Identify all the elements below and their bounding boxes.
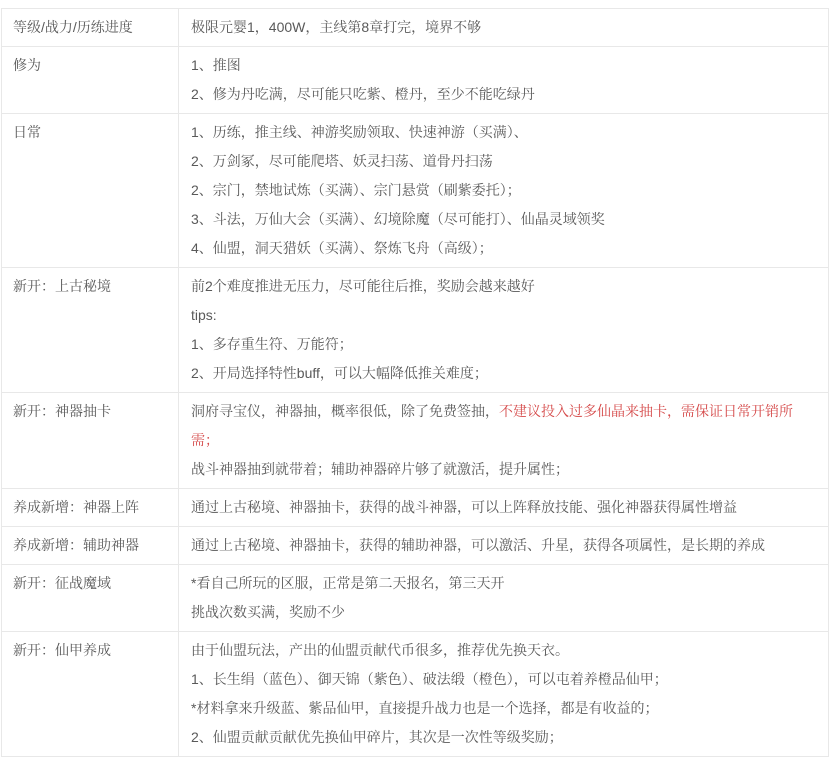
content-line: *看自己所玩的区服，正常是第二天报名，第三天开	[191, 569, 816, 598]
row-content-cell: 1、历练，推主线、神游奖励领取、快速神游（买满）、 2、万剑冢，尽可能爬塔、妖灵…	[179, 114, 828, 267]
table-row-ancient-secret-realm: 新开：上古秘境 前2个难度推进无压力，尽可能往后推，奖励会越来越好 tips: …	[2, 268, 828, 393]
line-text: 1、多存重生符、万能符；	[191, 336, 353, 352]
table-row-cultivation: 修为 1、推图 2、修为丹吃满，尽可能只吃紫、橙丹，至少不能吃绿丹	[2, 47, 828, 114]
table-row-daily: 日常 1、历练，推主线、神游奖励领取、快速神游（买满）、 2、万剑冢，尽可能爬塔…	[2, 114, 828, 268]
content-line: 2、修为丹吃满，尽可能只吃紫、橙丹，至少不能吃绿丹	[191, 80, 816, 109]
table-row-immortal-armor: 新开：仙甲养成 由于仙盟玩法，产出的仙盟贡献代币很多，推荐优先换天衣。 1、长生…	[2, 632, 828, 757]
table-row-artifact-deploy: 养成新增：神器上阵 通过上古秘境、神器抽卡，获得的战斗神器，可以上阵释放技能、强…	[2, 489, 828, 527]
table-row-level-progress: 等级/战力/历练进度 极限元婴1，400W，主线第8章打完，境界不够	[2, 9, 828, 47]
row-label-cell: 新开：征战魔域	[2, 565, 179, 631]
content-line: 2、开局选择特性buff，可以大幅降低推关难度；	[191, 359, 816, 388]
content-line: 2、仙盟贡献贡献优先换仙甲碎片，其次是一次性等级奖励；	[191, 723, 816, 752]
content-line: 1、多存重生符、万能符；	[191, 330, 816, 359]
content-line: 前2个难度推进无压力，尽可能往后推，奖励会越来越好	[191, 272, 816, 301]
line-text: 洞府寻宝仪，神器抽，概率很低，除了免费签抽，	[191, 403, 499, 419]
row-label: 等级/战力/历练进度	[13, 13, 166, 42]
row-content-cell: 由于仙盟玩法，产出的仙盟贡献代币很多，推荐优先换天衣。 1、长生绢（蓝色）、御天…	[179, 632, 828, 756]
row-content-cell: 通过上古秘境、神器抽卡，获得的战斗神器，可以上阵释放技能、强化神器获得属性增益	[179, 489, 828, 526]
line-text: 2、修为丹吃满，尽可能只吃紫、橙丹，至少不能吃绿丹	[191, 86, 535, 102]
row-label: 日常	[13, 118, 166, 147]
content-line: 1、长生绢（蓝色）、御天锦（紫色）、破法缎（橙色），可以屯着养橙品仙甲；	[191, 665, 816, 694]
row-label: 新开：神器抽卡	[13, 397, 166, 426]
content-line: 通过上古秘境、神器抽卡，获得的战斗神器，可以上阵释放技能、强化神器获得属性增益	[191, 493, 816, 522]
row-label-cell: 新开：上古秘境	[2, 268, 179, 392]
line-text: *材料拿来升级蓝、紫品仙甲，直接提升战力也是一个选择，都是有收益的；	[191, 700, 658, 716]
line-text: 2、宗门，禁地试炼（买满）、宗门悬赏（刷紫委托）；	[191, 182, 521, 198]
line-text: 2、开局选择特性buff，可以大幅降低推关难度；	[191, 365, 488, 381]
row-label: 养成新增：辅助神器	[13, 531, 166, 560]
row-label: 新开：仙甲养成	[13, 636, 166, 665]
content-line: 战斗神器抽到就带着；辅助神器碎片够了就激活，提升属性；	[191, 455, 816, 484]
row-label-cell: 养成新增：神器上阵	[2, 489, 179, 526]
content-line: 洞府寻宝仪，神器抽，概率很低，除了免费签抽，不建议投入过多仙晶来抽卡，需保证日常…	[191, 397, 816, 455]
content-line: 2、宗门，禁地试炼（买满）、宗门悬赏（刷紫委托）；	[191, 176, 816, 205]
content-line: 4、仙盟，洞天猎妖（买满）、祭炼飞舟（高级）；	[191, 234, 816, 263]
line-text: 1、长生绢（蓝色）、御天锦（紫色）、破法缎（橙色），可以屯着养橙品仙甲；	[191, 671, 668, 687]
row-label: 新开：上古秘境	[13, 272, 166, 301]
line-text: 通过上古秘境、神器抽卡，获得的辅助神器，可以激活、升星，获得各项属性，是长期的养…	[191, 537, 765, 553]
row-content-cell: 洞府寻宝仪，神器抽，概率很低，除了免费签抽，不建议投入过多仙晶来抽卡，需保证日常…	[179, 393, 828, 488]
content-line: tips:	[191, 301, 816, 330]
line-text: 由于仙盟玩法，产出的仙盟贡献代币很多，推荐优先换天衣。	[191, 642, 569, 658]
row-label: 养成新增：神器上阵	[13, 493, 166, 522]
line-text: 2、仙盟贡献贡献优先换仙甲碎片，其次是一次性等级奖励；	[191, 729, 563, 745]
line-text: 通过上古秘境、神器抽卡，获得的战斗神器，可以上阵释放技能、强化神器获得属性增益	[191, 499, 737, 515]
line-text: 1、推图	[191, 57, 241, 73]
row-content-cell: *看自己所玩的区服，正常是第二天报名，第三天开 挑战次数买满，奖励不少	[179, 565, 828, 631]
row-label: 新开：征战魔域	[13, 569, 166, 598]
content-line: 2、万剑冢，尽可能爬塔、妖灵扫荡、道骨丹扫荡	[191, 147, 816, 176]
row-label-cell: 修为	[2, 47, 179, 113]
line-text: *看自己所玩的区服，正常是第二天报名，第三天开	[191, 575, 504, 591]
row-label-cell: 新开：仙甲养成	[2, 632, 179, 756]
content-line: *材料拿来升级蓝、紫品仙甲，直接提升战力也是一个选择，都是有收益的；	[191, 694, 816, 723]
row-content-cell: 通过上古秘境、神器抽卡，获得的辅助神器，可以激活、升星，获得各项属性，是长期的养…	[179, 527, 828, 564]
content-line: 1、推图	[191, 51, 816, 80]
row-label-cell: 新开：神器抽卡	[2, 393, 179, 488]
row-label-cell: 养成新增：辅助神器	[2, 527, 179, 564]
line-text: 3、斗法，万仙大会（买满）、幻境除魔（尽可能打）、仙晶灵域领奖	[191, 211, 605, 227]
content-line: 1、历练，推主线、神游奖励领取、快速神游（买满）、	[191, 118, 816, 147]
table-row-artifact-gacha: 新开：神器抽卡 洞府寻宝仪，神器抽，概率很低，除了免费签抽，不建议投入过多仙晶来…	[2, 393, 828, 489]
content-line: 极限元婴1，400W，主线第8章打完，境界不够	[191, 13, 816, 42]
content-line: 3、斗法，万仙大会（买满）、幻境除魔（尽可能打）、仙晶灵域领奖	[191, 205, 816, 234]
row-label-cell: 日常	[2, 114, 179, 267]
row-content-cell: 极限元婴1，400W，主线第8章打完，境界不够	[179, 9, 828, 46]
content-line: 由于仙盟玩法，产出的仙盟贡献代币很多，推荐优先换天衣。	[191, 636, 816, 665]
content-line: 通过上古秘境、神器抽卡，获得的辅助神器，可以激活、升星，获得各项属性，是长期的养…	[191, 531, 816, 560]
table-row-support-artifact: 养成新增：辅助神器 通过上古秘境、神器抽卡，获得的辅助神器，可以激活、升星，获得…	[2, 527, 828, 565]
table-row-demon-realm: 新开：征战魔域 *看自己所玩的区服，正常是第二天报名，第三天开 挑战次数买满，奖…	[2, 565, 828, 632]
row-label-cell: 等级/战力/历练进度	[2, 9, 179, 46]
line-text: 战斗神器抽到就带着；辅助神器碎片够了就激活，提升属性；	[191, 461, 569, 477]
game-guide-table: 等级/战力/历练进度 极限元婴1，400W，主线第8章打完，境界不够 修为 1、…	[1, 8, 829, 757]
line-text: 2、万剑冢，尽可能爬塔、妖灵扫荡、道骨丹扫荡	[191, 153, 493, 169]
row-content-cell: 1、推图 2、修为丹吃满，尽可能只吃紫、橙丹，至少不能吃绿丹	[179, 47, 828, 113]
line-text: 4、仙盟，洞天猎妖（买满）、祭炼飞舟（高级）；	[191, 240, 493, 256]
line-text: 前2个难度推进无压力，尽可能往后推，奖励会越来越好	[191, 278, 535, 294]
line-text: 1、历练，推主线、神游奖励领取、快速神游（买满）、	[191, 124, 528, 140]
row-label: 修为	[13, 51, 166, 80]
line-text: 极限元婴1，400W，主线第8章打完，境界不够	[191, 19, 481, 35]
line-text: 挑战次数买满，奖励不少	[191, 604, 345, 620]
line-text: tips:	[191, 307, 217, 323]
row-content-cell: 前2个难度推进无压力，尽可能往后推，奖励会越来越好 tips: 1、多存重生符、…	[179, 268, 828, 392]
content-line: 挑战次数买满，奖励不少	[191, 598, 816, 627]
